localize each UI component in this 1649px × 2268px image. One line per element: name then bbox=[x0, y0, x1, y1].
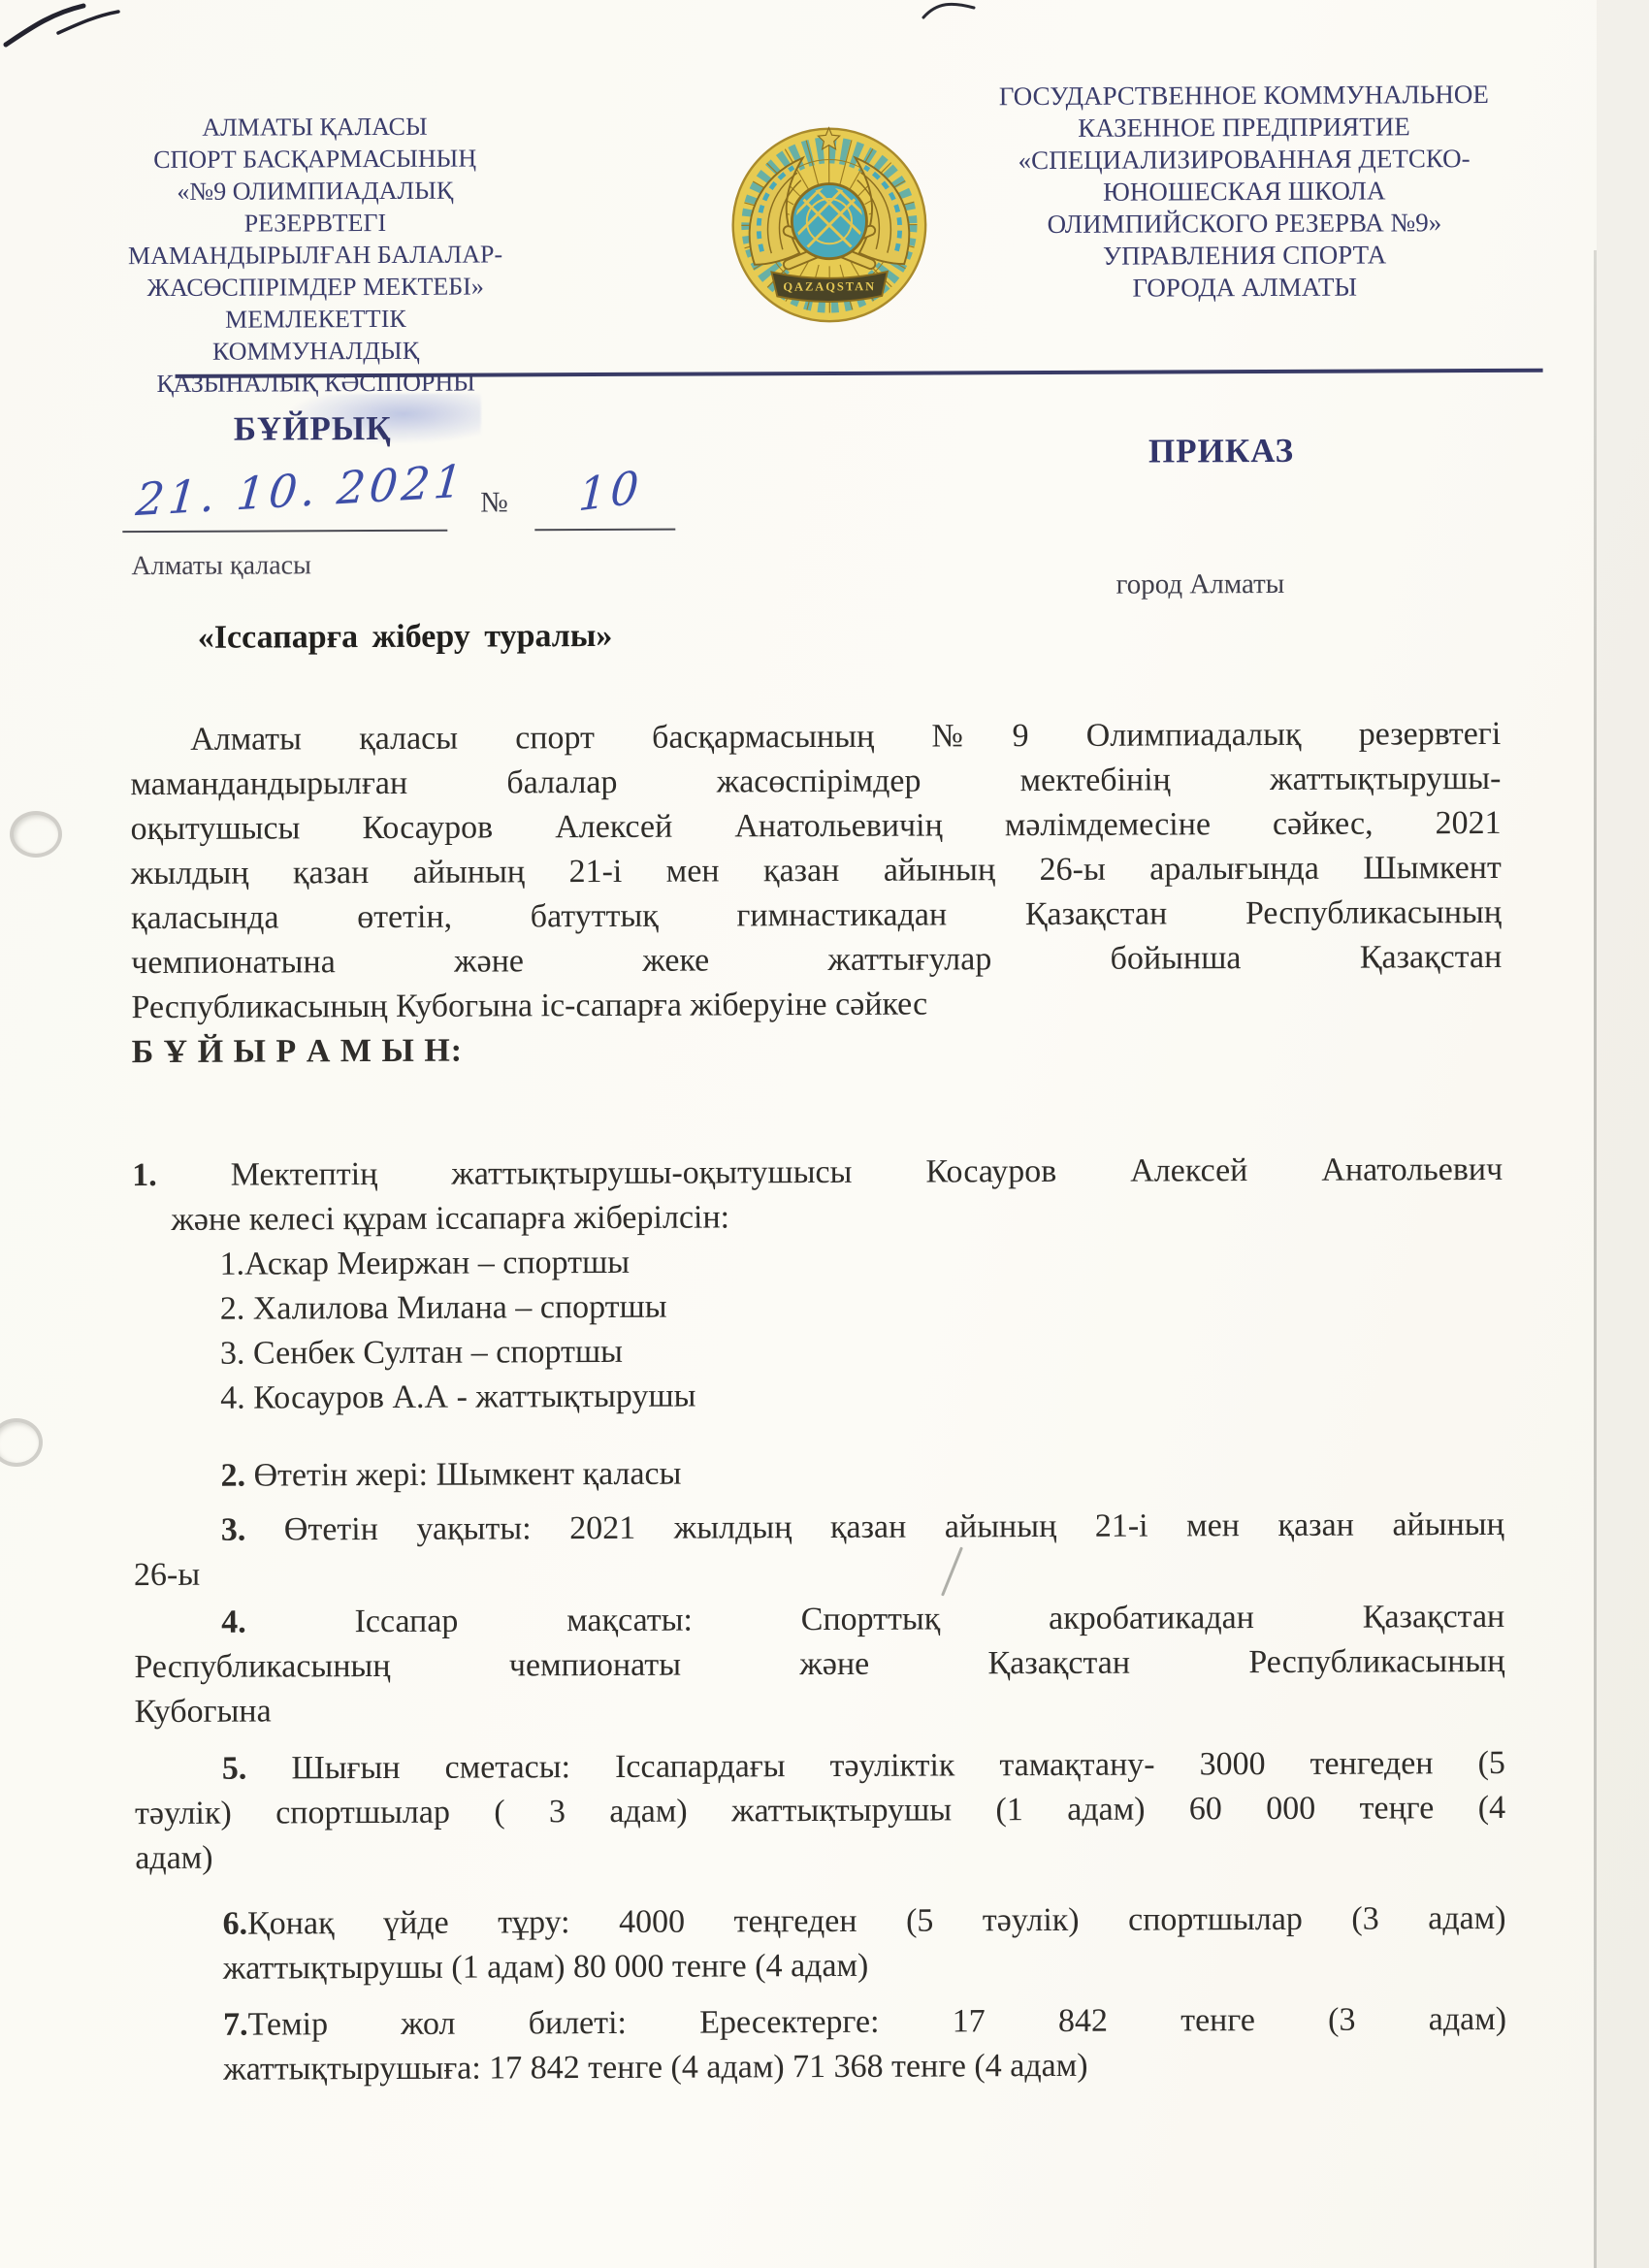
text-line: 5. Шығын сметасы: Іссапардағы тәуліктік … bbox=[135, 1741, 1505, 1792]
text-line: 4. Косауров А.А - жаттықтырушы bbox=[172, 1371, 1503, 1421]
order-item-2: 2. Өтетін жері: Шымкент қаласы bbox=[133, 1448, 1503, 1499]
org-line: СПОРТ БАСҚАРМАСЫНЫҢ bbox=[121, 142, 509, 176]
handwritten-order-number: 10 bbox=[577, 460, 644, 521]
place-russian: город Алматы bbox=[1115, 568, 1284, 601]
text-line: 3. Сенбек Султан – спортшы bbox=[172, 1326, 1503, 1377]
text-line: жылдың қазан айының 21-і мен қазан айыны… bbox=[131, 846, 1502, 896]
text-line: Республикасының Кубогына іс-сапарға жібе… bbox=[131, 980, 1502, 1030]
org-line: МАМАНДЫРЫЛҒАН БАЛАЛАР- bbox=[121, 238, 509, 272]
org-line: ГОРОДА АЛМАТЫ bbox=[940, 271, 1549, 306]
text-line: адам) bbox=[135, 1831, 1505, 1881]
org-line: АЛМАТЫ ҚАЛАСЫ bbox=[120, 110, 508, 144]
place-kazakh: Алматы қаласы bbox=[131, 550, 311, 582]
order-item-5: 5. Шығын сметасы: Іссапардағы тәуліктік … bbox=[135, 1741, 1506, 1881]
org-line: ЖАСӨСПІРІМДЕР МЕКТЕБІ» bbox=[121, 270, 509, 304]
text-line: 6.Қонақ үйде тұру: 4000 теңгеден (5 тәул… bbox=[222, 1896, 1505, 1947]
text-line: 7.Темір жол билеті: Ересектерге: 17 842 … bbox=[223, 1997, 1506, 2048]
org-line: УПРАВЛЕНИЯ СПОРТА bbox=[940, 239, 1549, 274]
text-line: тәулік) спортшылар ( 3 адам) жаттықтыруш… bbox=[135, 1786, 1505, 1836]
text-line: 2. Халилова Милана – спортшы bbox=[172, 1281, 1503, 1332]
org-line: ГОСУДАРСТВЕННОЕ КОММУНАЛЬНОЕ bbox=[939, 79, 1548, 113]
order-item-3: 3. Өтетін уақыты: 2021 жылдың қазан айын… bbox=[134, 1503, 1504, 1598]
preamble-paragraph: Алматы қаласы спорт басқармасының №9 Оли… bbox=[130, 712, 1503, 1075]
text-line: жаттықтырушыға: 17 842 тенге (4 адам) 71… bbox=[223, 2042, 1506, 2092]
doc-type-kazakh: БҰЙРЫҚ bbox=[234, 409, 392, 449]
text-line: 3. Өтетін уақыты: 2021 жылдың қазан айын… bbox=[134, 1503, 1504, 1553]
text-line: 4. Іссапар мақсаты: Спорттық акробатикад… bbox=[134, 1595, 1504, 1645]
order-item-4: 4. Іссапар мақсаты: Спорттық акробатикад… bbox=[134, 1595, 1505, 1734]
text-line: оқытушысы Косауров Алексей Анатольевичің… bbox=[131, 801, 1502, 852]
order-item-1: 1. Мектептің жаттықтырушы-оқытушысы Коса… bbox=[132, 1148, 1503, 1421]
org-name-russian: ГОСУДАРСТВЕННОЕ КОММУНАЛЬНОЕ КАЗЕННОЕ ПР… bbox=[939, 79, 1549, 306]
text-line: мамандандырылған балалар жасөспірімдер м… bbox=[130, 757, 1501, 807]
number-underline bbox=[534, 529, 675, 532]
text-line: 2. Өтетін жері: Шымкент қаласы bbox=[133, 1448, 1503, 1499]
org-line: ЮНОШЕСКАЯ ШКОЛА bbox=[940, 175, 1549, 210]
text-line: 1.Аскар Меиржан – спортшы bbox=[172, 1237, 1503, 1287]
emblem-banner-text: QAZAQSTAN bbox=[783, 279, 876, 293]
text-line: және келесі құрам іссапарға жіберілсін: bbox=[171, 1192, 1503, 1243]
org-line: ОЛИМПИЙСКОГО РЕЗЕРВА №9» bbox=[940, 207, 1549, 242]
text-line: Б Ұ Й Ы Р А М Ы Н: bbox=[132, 1024, 1503, 1075]
order-item-7: 7.Темір жол билеті: Ересектерге: 17 842 … bbox=[223, 1997, 1506, 2092]
text-line: қаласында өтетін, батуттық гимнастикадан… bbox=[131, 891, 1502, 941]
org-line: «СПЕЦИАЛИЗИРОВАННАЯ ДЕТСКО- bbox=[940, 143, 1549, 178]
org-line: МЕМЛЕКЕТТІК КОММУНАЛДЫҚ bbox=[121, 302, 509, 368]
kazakhstan-emblem-icon: QAZAQSTAN bbox=[726, 122, 932, 329]
date-underline bbox=[122, 530, 447, 533]
text-line: Республикасының чемпионаты және Қазақста… bbox=[134, 1639, 1504, 1690]
text-line: чемпионатына және жеке жаттығулар бойынш… bbox=[131, 935, 1502, 986]
order-subject-title: «Іссапарға жіберу туралы» bbox=[198, 618, 613, 657]
text-line: Алматы қаласы спорт басқармасының №9 Оли… bbox=[130, 712, 1501, 762]
text-line: 26-ы bbox=[134, 1547, 1504, 1598]
handwritten-date: 21. 10. 2021 bbox=[134, 455, 469, 527]
org-name-kazakh: АЛМАТЫ ҚАЛАСЫ СПОРТ БАСҚАРМАСЫНЫҢ «№9 ОЛ… bbox=[120, 110, 509, 400]
text-line: жаттықтырушы (1 адам) 80 000 тенге (4 ад… bbox=[223, 1941, 1506, 1992]
order-item-6: 6.Қонақ үйде тұру: 4000 теңгеден (5 тәул… bbox=[222, 1896, 1505, 1992]
doc-type-russian: ПРИКАЗ bbox=[1148, 432, 1294, 471]
hole-punch-mark bbox=[10, 811, 62, 858]
org-line: КАЗЕННОЕ ПРЕДПРИЯТИЕ bbox=[939, 111, 1548, 146]
text-line: 1. Мектептің жаттықтырушы-оқытушысы Коса… bbox=[171, 1148, 1503, 1198]
number-sign: № bbox=[480, 486, 508, 519]
document-content: АЛМАТЫ ҚАЛАСЫ СПОРТ БАСҚАРМАСЫНЫҢ «№9 ОЛ… bbox=[0, 0, 1649, 2268]
org-line: ҚАЗЫНАЛЫҚ КӘСІПОРНЫ bbox=[122, 366, 510, 400]
text-line: Кубогына bbox=[135, 1684, 1505, 1734]
org-line: «№9 ОЛИМПИАДАЛЫҚ РЕЗЕРВТЕГІ bbox=[121, 174, 509, 240]
scanned-order-document-page: АЛМАТЫ ҚАЛАСЫ СПОРТ БАСҚАРМАСЫНЫҢ «№9 ОЛ… bbox=[0, 0, 1649, 2268]
